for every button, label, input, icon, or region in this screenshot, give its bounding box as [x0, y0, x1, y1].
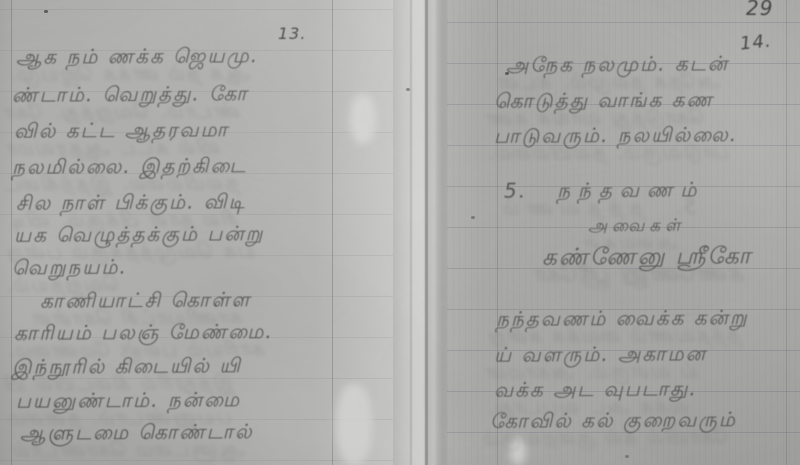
ink-speck [471, 216, 475, 219]
bleed-through-text: ஆளுடமை கொண்டால் [12, 436, 246, 464]
bleed-through-text: ண்டாம். வெறுத்து. கோ [4, 98, 241, 126]
bleed-through-text: பாடுவரும். நலயில்லை. [486, 139, 730, 167]
bleed-through-text: வக்க அட வுபடாது. [486, 393, 690, 421]
bleed-through-text: யக வெழுத்தக்கும் பன்று [6, 238, 256, 266]
page-number-left: 13. [278, 24, 306, 43]
bleed-through-text: 5.நந்தவணம் [496, 194, 697, 222]
bleed-through-text: ஆக நம் ணக்க ஜெயமு. [8, 60, 251, 88]
bleed-through-text: கொடுத்து வாங்க கண [486, 104, 706, 132]
bleed-through-text: நலமில்லை. இதற்கிடை [4, 170, 239, 198]
folio-number-right: 29 [746, 0, 773, 20]
paper-tear-highlight [350, 94, 376, 144]
bleed-through-text: கோவில் கல் குறைவரும் [482, 424, 729, 452]
bleed-through-text: அவைகள் [580, 233, 678, 256]
bleed-through-text: இந்நூரில் கிடையில் யி [4, 370, 234, 398]
paper-tear-highlight [336, 384, 372, 465]
section-number: 5. [673, 194, 696, 218]
bleed-through-text: சில நாள் பிக்கும். விடி [8, 206, 239, 234]
bleed-through-text: பயனுண்டாம். நன்மை [8, 404, 233, 432]
bleed-through-text: வெறுநயம். [4, 272, 120, 300]
bleed-through-text: கண்ணேனு ஸ்ரீகோ [534, 260, 745, 290]
bleed-through-text: ய் வளரும். அகாமன [486, 358, 699, 386]
section-heading-text: நந்தவணம் [496, 195, 643, 220]
binding-gutter [393, 0, 447, 465]
ink-speck [406, 88, 410, 91]
bleed-through-text: வில் கட்ட ஆதரவமா [6, 134, 221, 162]
manuscript-scan: 13. 29 14. ஆக நம் ணக்க ஜெயமு. ண்டாம். வெ… [0, 0, 800, 465]
bleed-through-text: காரியம் பலஞ் மேண்மை. [6, 336, 266, 364]
page-number-right: 14. [739, 30, 773, 54]
bleed-through-text: அநேக நலமும். கடன் [498, 68, 721, 96]
ink-speck [44, 10, 48, 13]
bleed-through-text: நந்தவணம் வைக்க கன்று [488, 322, 741, 350]
ink-speck [625, 455, 629, 458]
bleed-through-text: காணியாட்சி கொள்ள [32, 304, 244, 332]
